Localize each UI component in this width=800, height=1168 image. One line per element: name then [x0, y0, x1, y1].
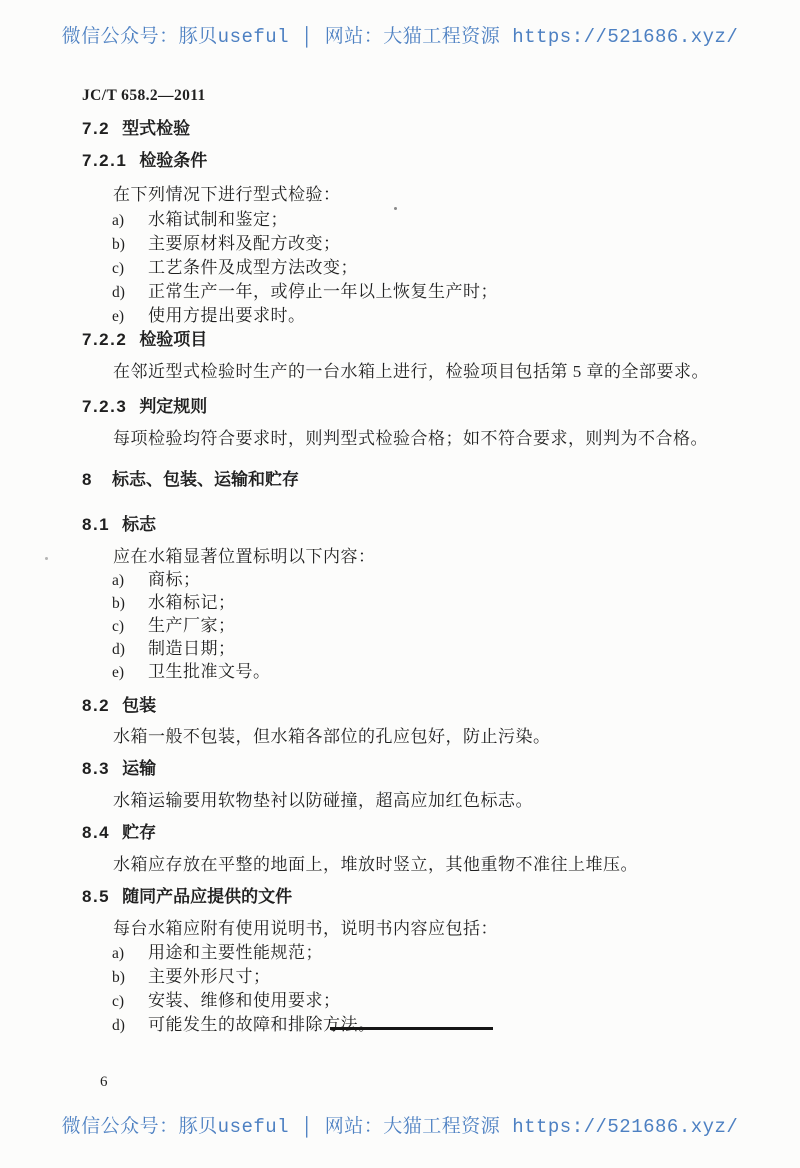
list-item-label: b)	[112, 593, 148, 615]
section-title: 贮存	[122, 823, 156, 842]
section-number: 7.2	[82, 117, 110, 141]
list-item-text: 卫生批准文号。	[148, 662, 271, 681]
section-title: 型式检验	[122, 119, 190, 138]
section-heading-7-2-3: 7.2.3判定规则	[82, 395, 727, 419]
section-title: 运输	[122, 759, 156, 778]
section-number: 8	[82, 468, 93, 492]
paragraph-storage: 水箱应存放在平整的地面上，堆放时竖立，其他重物不准往上堆压。	[113, 853, 727, 877]
list-item-label: b)	[112, 966, 148, 989]
section-title: 标志	[122, 515, 156, 534]
list-item-label: c)	[112, 990, 148, 1013]
section-number: 8.3	[82, 757, 110, 781]
section-heading-7-2: 7.2型式检验	[82, 117, 727, 141]
paragraph-judgement-rule: 每项检验均符合要求时，则判型式检验合格；如不符合要求，则判为不合格。	[113, 427, 727, 451]
section-heading-8-2: 8.2包装	[82, 694, 727, 718]
list-item: d)可能发生的故障和排除方法。	[112, 1013, 727, 1037]
list-item: a)用途和主要性能规范；	[112, 941, 727, 965]
list-item-label: d)	[112, 1014, 148, 1037]
paragraph-test-items: 在邻近型式检验时生产的一台水箱上进行，检验项目包括第 5 章的全部要求。	[113, 360, 727, 384]
section-number: 7.2.2	[82, 328, 127, 352]
list-item: e)使用方提出要求时。	[112, 304, 727, 328]
list-item: d)正常生产一年，或停止一年以上恢复生产时；	[112, 280, 727, 304]
list-item-text: 生产厂家；	[148, 616, 236, 635]
manual-content-list: a)用途和主要性能规范； b)主要外形尺寸； c)安装、维修和使用要求； d)可…	[112, 941, 727, 1037]
list-item: a)水箱试制和鉴定；	[112, 208, 727, 232]
section-number: 7.2.3	[82, 395, 127, 419]
section-title: 检验项目	[139, 330, 207, 349]
paragraph-type-test-intro: 在下列情况下进行型式检验：	[113, 183, 727, 207]
list-item-label: e)	[112, 305, 148, 328]
list-item-label: a)	[112, 209, 148, 232]
page-number: 6	[100, 1074, 108, 1091]
section-number: 8.2	[82, 694, 110, 718]
bottom-watermark: 微信公众号：豚贝useful │ 网站：大猫工程资源 https://52168…	[0, 1111, 800, 1138]
section-number: 8.5	[82, 885, 110, 909]
scan-speck	[394, 207, 397, 210]
list-item-label: c)	[112, 257, 148, 280]
type-test-conditions-list: a)水箱试制和鉴定； b)主要原材料及配方改变； c)工艺条件及成型方法改变； …	[112, 208, 727, 328]
section-number: 7.2.1	[82, 149, 127, 173]
list-item: e)卫生批准文号。	[112, 661, 727, 684]
list-item-label: c)	[112, 616, 148, 638]
list-item: a)商标；	[112, 569, 727, 592]
list-item-text: 主要原材料及配方改变；	[148, 234, 341, 253]
list-item-text: 可能发生的故障和排除方法。	[148, 1015, 376, 1034]
section-number: 8.4	[82, 821, 110, 845]
list-item: b)主要外形尺寸；	[112, 965, 727, 989]
end-of-text-rule	[330, 1027, 493, 1030]
list-item-text: 制造日期；	[148, 639, 236, 658]
section-heading-7-2-2: 7.2.2检验项目	[82, 328, 727, 352]
list-item: c)安装、维修和使用要求；	[112, 989, 727, 1013]
document-page: 微信公众号：豚贝useful │ 网站：大猫工程资源 https://52168…	[0, 0, 800, 1168]
section-heading-8-1: 8.1标志	[82, 513, 727, 537]
list-item-label: a)	[112, 570, 148, 592]
section-number: 8.1	[82, 513, 110, 537]
doc-number: JC/T 658.2—2011	[82, 84, 727, 108]
list-item-label: e)	[112, 662, 148, 684]
marking-content-list: a)商标； b)水箱标记； c)生产厂家； d)制造日期； e)卫生批准文号。	[112, 569, 727, 684]
section-heading-8-3: 8.3运输	[82, 757, 727, 781]
list-item-label: d)	[112, 639, 148, 661]
section-title: 随同产品应提供的文件	[122, 887, 292, 906]
scan-speck	[45, 557, 48, 560]
section-title: 判定规则	[139, 397, 207, 416]
section-title: 标志、包装、运输和贮存	[112, 470, 299, 489]
list-item-text: 商标；	[148, 570, 201, 589]
list-item-text: 水箱标记；	[148, 593, 236, 612]
section-heading-8-5: 8.5随同产品应提供的文件	[82, 885, 727, 909]
list-item-text: 工艺条件及成型方法改变；	[148, 258, 358, 277]
section-title: 检验条件	[139, 151, 207, 170]
paragraph-marking-intro: 应在水箱显著位置标明以下内容：	[113, 545, 727, 569]
section-heading-8-4: 8.4贮存	[82, 821, 727, 845]
list-item: c)生产厂家；	[112, 615, 727, 638]
paragraph-manual-intro: 每台水箱应附有使用说明书，说明书内容应包括：	[113, 917, 727, 941]
section-heading-8: 8标志、包装、运输和贮存	[82, 468, 727, 492]
list-item: b)水箱标记；	[112, 592, 727, 615]
list-item-label: d)	[112, 281, 148, 304]
paragraph-transport: 水箱运输要用软物垫衬以防碰撞，超高应加红色标志。	[113, 789, 727, 813]
list-item-label: a)	[112, 942, 148, 965]
paragraph-packaging: 水箱一般不包装，但水箱各部位的孔应包好，防止污染。	[113, 725, 727, 749]
list-item: c)工艺条件及成型方法改变；	[112, 256, 727, 280]
list-item: d)制造日期；	[112, 638, 727, 661]
list-item: b)主要原材料及配方改变；	[112, 232, 727, 256]
list-item-text: 主要外形尺寸；	[148, 967, 271, 986]
list-item-text: 正常生产一年，或停止一年以上恢复生产时；	[148, 282, 498, 301]
list-item-text: 安装、维修和使用要求；	[148, 991, 341, 1010]
top-watermark: 微信公众号：豚贝useful │ 网站：大猫工程资源 https://52168…	[0, 21, 800, 48]
list-item-label: b)	[112, 233, 148, 256]
list-item-text: 水箱试制和鉴定；	[148, 210, 288, 229]
page-content: JC/T 658.2—2011 7.2型式检验 7.2.1检验条件 在下列情况下…	[82, 84, 727, 1037]
section-title: 包装	[122, 696, 156, 715]
section-heading-7-2-1: 7.2.1检验条件	[82, 149, 727, 173]
list-item-text: 使用方提出要求时。	[148, 306, 306, 325]
list-item-text: 用途和主要性能规范；	[148, 943, 323, 962]
